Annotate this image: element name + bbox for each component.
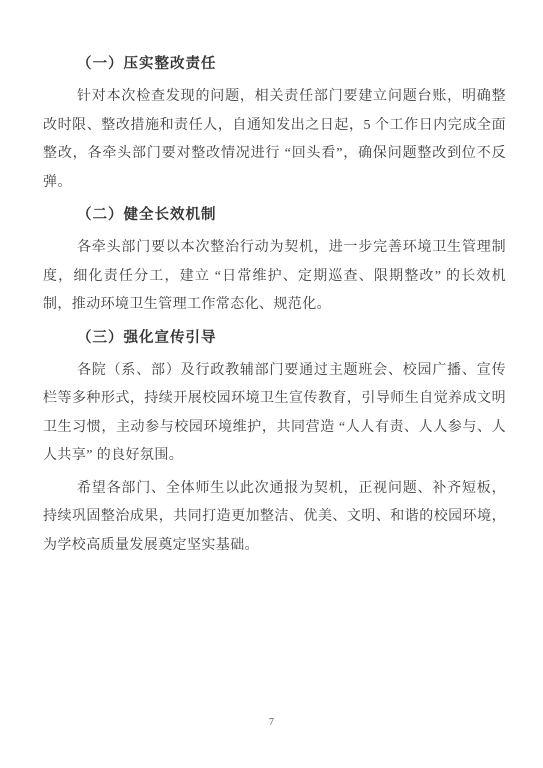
section-heading-1: （一）压实整改责任 — [43, 50, 506, 78]
section-1-paragraph: 针对本次检查发现的问题，相关责任部门要建立问题台账，明确整改时限、整改措施和责任… — [43, 83, 506, 197]
section-heading-3: （三）强化宣传引导 — [43, 324, 506, 352]
section-3-paragraph: 各院（系、部）及行政教辅部门要通过主题班会、校园广播、宣传栏等多种形式，持续开展… — [43, 357, 506, 471]
section-heading-2: （二）健全长效机制 — [43, 201, 506, 229]
document-body: （一）压实整改责任 针对本次检查发现的问题，相关责任部门要建立问题台账，明确整改… — [0, 0, 543, 560]
page-number: 7 — [0, 717, 543, 728]
section-2-paragraph: 各牵头部门要以本次整治行动为契机，进一步完善环境卫生管理制度，细化责任分工，建立… — [43, 234, 506, 319]
closing-paragraph: 希望各部门、全体师生以此次通报为契机，正视问题、补齐短板，持续巩固整治成果，共同… — [43, 475, 506, 560]
document-page: （一）压实整改责任 针对本次检查发现的问题，相关责任部门要建立问题台账，明确整改… — [0, 0, 543, 768]
